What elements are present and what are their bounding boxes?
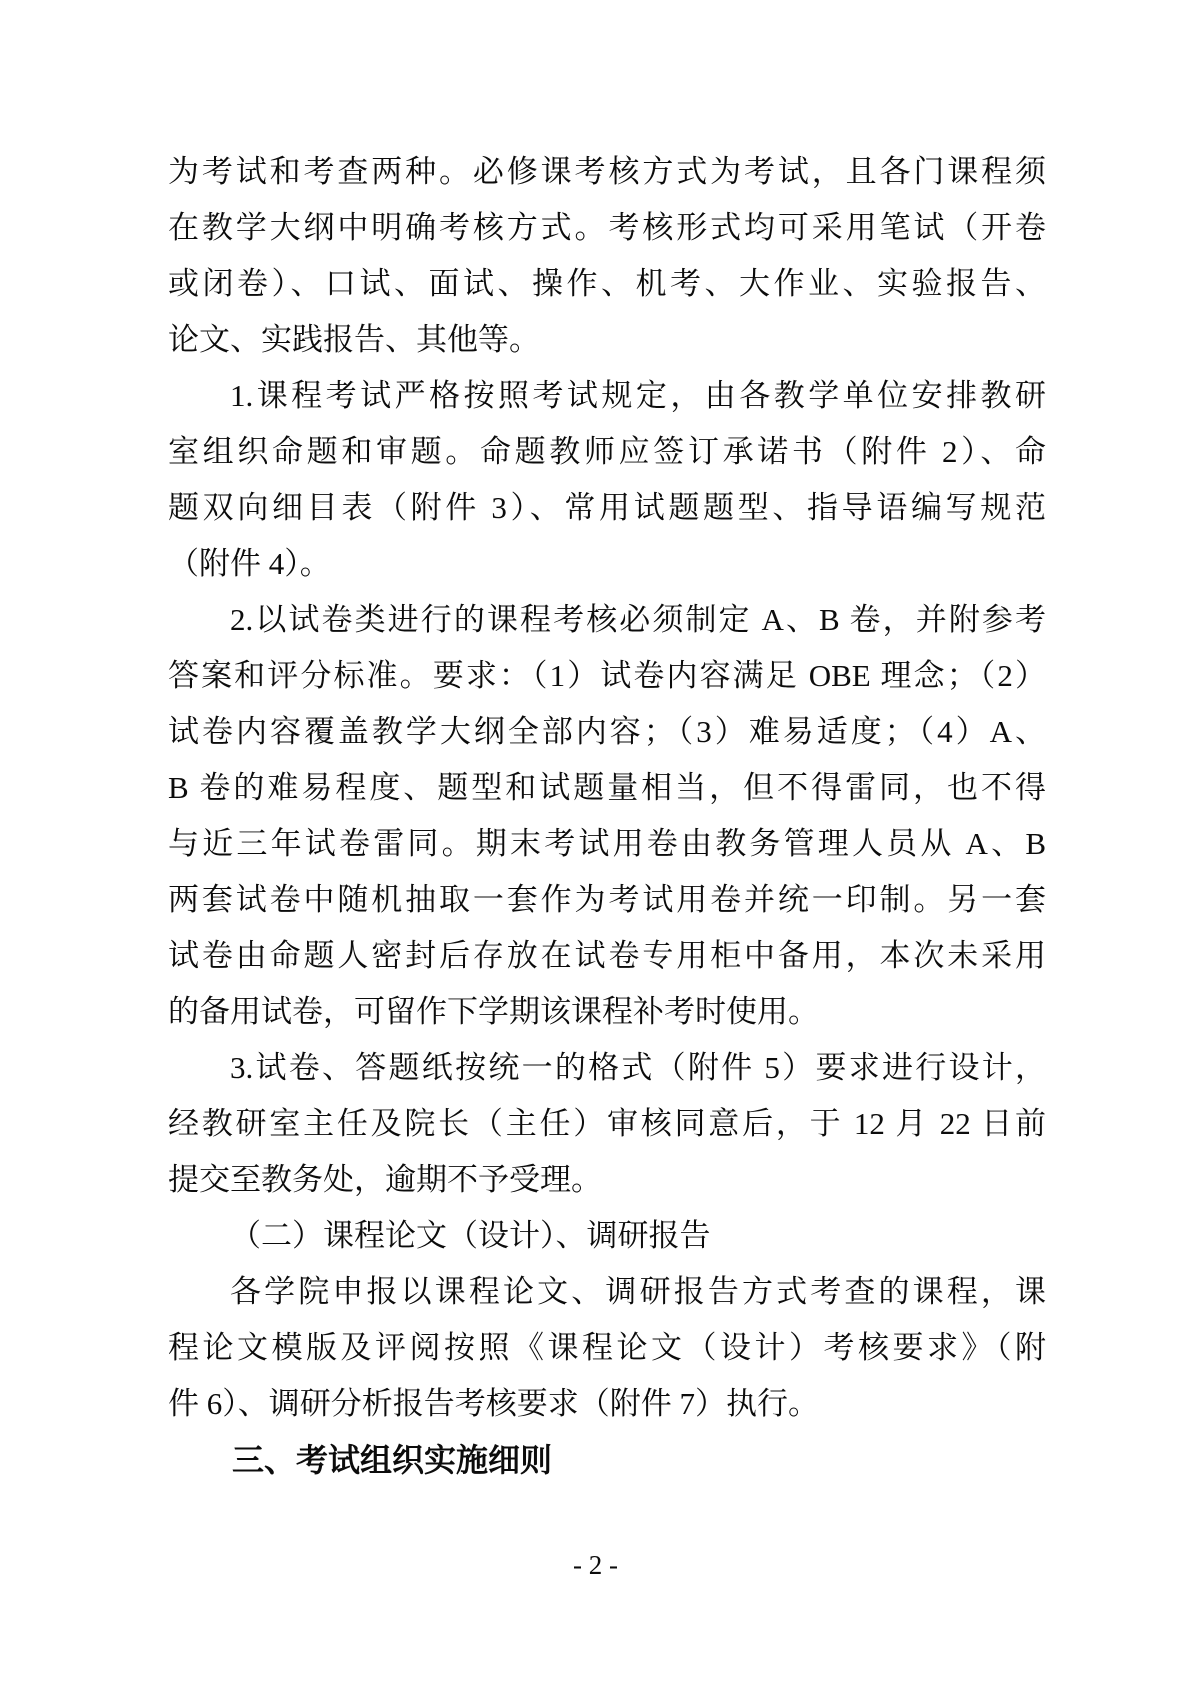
text-line: 室组织命题和审题。命题教师应签订承诺书（附件 2）、命 [168,424,1046,480]
text-line: 3.试卷、答题纸按统一的格式（附件 5）要求进行设计， [168,1040,1046,1096]
text-line: 经教研室主任及院长（主任）审核同意后，于 12 月 22 日前 [168,1096,1046,1152]
text-line: 试卷由命题人密封后存放在试卷专用柜中备用，本次未采用 [168,928,1046,984]
text-line: 1.课程考试严格按照考试规定，由各教学单位安排教研 [168,368,1046,424]
document-page: 为考试和考查两种。必修课考核方式为考试，且各门课程须在教学大纲中明确考核方式。考… [0,0,1191,1684]
document-body: 为考试和考查两种。必修课考核方式为考试，且各门课程须在教学大纲中明确考核方式。考… [168,144,1046,1488]
text-line: 论文、实践报告、其他等。 [168,312,1046,368]
text-line: 为考试和考查两种。必修课考核方式为考试，且各门课程须 [168,144,1046,200]
text-line: （附件 4）。 [168,536,1046,592]
text-line: B 卷的难易程度、题型和试题量相当，但不得雷同，也不得 [168,760,1046,816]
text-line: 与近三年试卷雷同。期末考试用卷由教务管理人员从 A、B [168,816,1046,872]
text-line: 答案和评分标准。要求：（1）试卷内容满足 OBE 理念；（2） [168,648,1046,704]
page-number: - 2 - [0,1550,1191,1581]
text-line: 在教学大纲中明确考核方式。考核形式均可采用笔试（开卷 [168,200,1046,256]
text-line: 题双向细目表（附件 3）、常用试题题型、指导语编写规范 [168,480,1046,536]
text-line: 2.以试卷类进行的课程考核必须制定 A、B 卷，并附参考 [168,592,1046,648]
text-line: 各学院申报以课程论文、调研报告方式考查的课程，课 [168,1264,1046,1320]
text-line: 试卷内容覆盖教学大纲全部内容；（3）难易适度；（4）A、 [168,704,1046,760]
text-line: 的备用试卷，可留作下学期该课程补考时使用。 [168,984,1046,1040]
section-heading: 三、考试组织实施细则 [168,1432,1046,1488]
text-line: 或闭卷）、口试、面试、操作、机考、大作业、实验报告、 [168,256,1046,312]
text-line: 件 6）、调研分析报告考核要求（附件 7）执行。 [168,1376,1046,1432]
text-line: （二）课程论文（设计）、调研报告 [168,1208,1046,1264]
text-line: 程论文模版及评阅按照《课程论文（设计）考核要求》（附 [168,1320,1046,1376]
text-line: 两套试卷中随机抽取一套作为考试用卷并统一印制。另一套 [168,872,1046,928]
text-line: 提交至教务处，逾期不予受理。 [168,1152,1046,1208]
